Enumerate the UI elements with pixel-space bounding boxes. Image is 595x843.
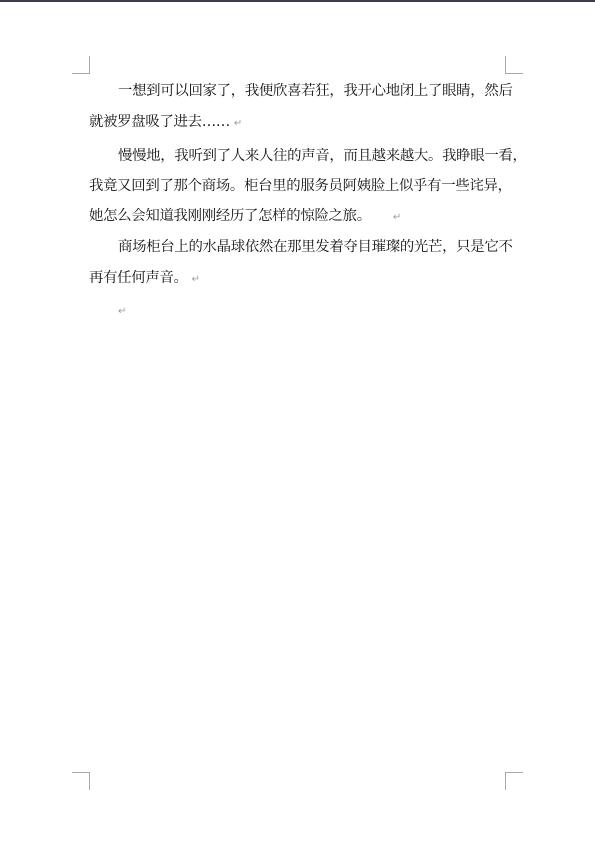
paragraph-mark-icon: ↵ [393,212,401,223]
paragraph-mark-icon: ↵ [118,306,126,317]
paragraph-1-line-2: 就被罗盘吸了进去……↵ [89,112,242,132]
paragraph-1-line-1: 一想到可以回家了，我便欣喜若狂，我开心地闭上了眼睛，然后 [118,81,513,101]
paragraph-2-line-2: 我竟又回到了那个商场。柜台里的服务员阿姨脸上似乎有一些诧异， [89,176,512,196]
margin-corner-top-left [72,56,90,74]
paragraph-3-line-1: 商场柜台上的水晶球依然在那里发着夺目璀璨的光芒，只是它不 [118,237,513,257]
paragraph-3-line-2: 再有任何声音。↵ [89,268,200,288]
paragraph-2-line-3: 她怎么会知道我刚刚经历了怎样的惊险之旅。↵ [89,206,401,226]
margin-corner-bottom-right [505,772,523,790]
window-top-border [0,0,595,2]
paragraph-mark-icon: ↵ [234,118,242,129]
paragraph-mark-icon: ↵ [192,274,200,285]
margin-corner-bottom-left [72,772,90,790]
paragraph-2-line-1: 慢慢地，我听到了人来人往的声音，而且越来越大。我睁眼一看， [118,146,527,166]
margin-corner-top-right [505,56,523,74]
paragraph-4-empty: ↵ [118,300,126,320]
